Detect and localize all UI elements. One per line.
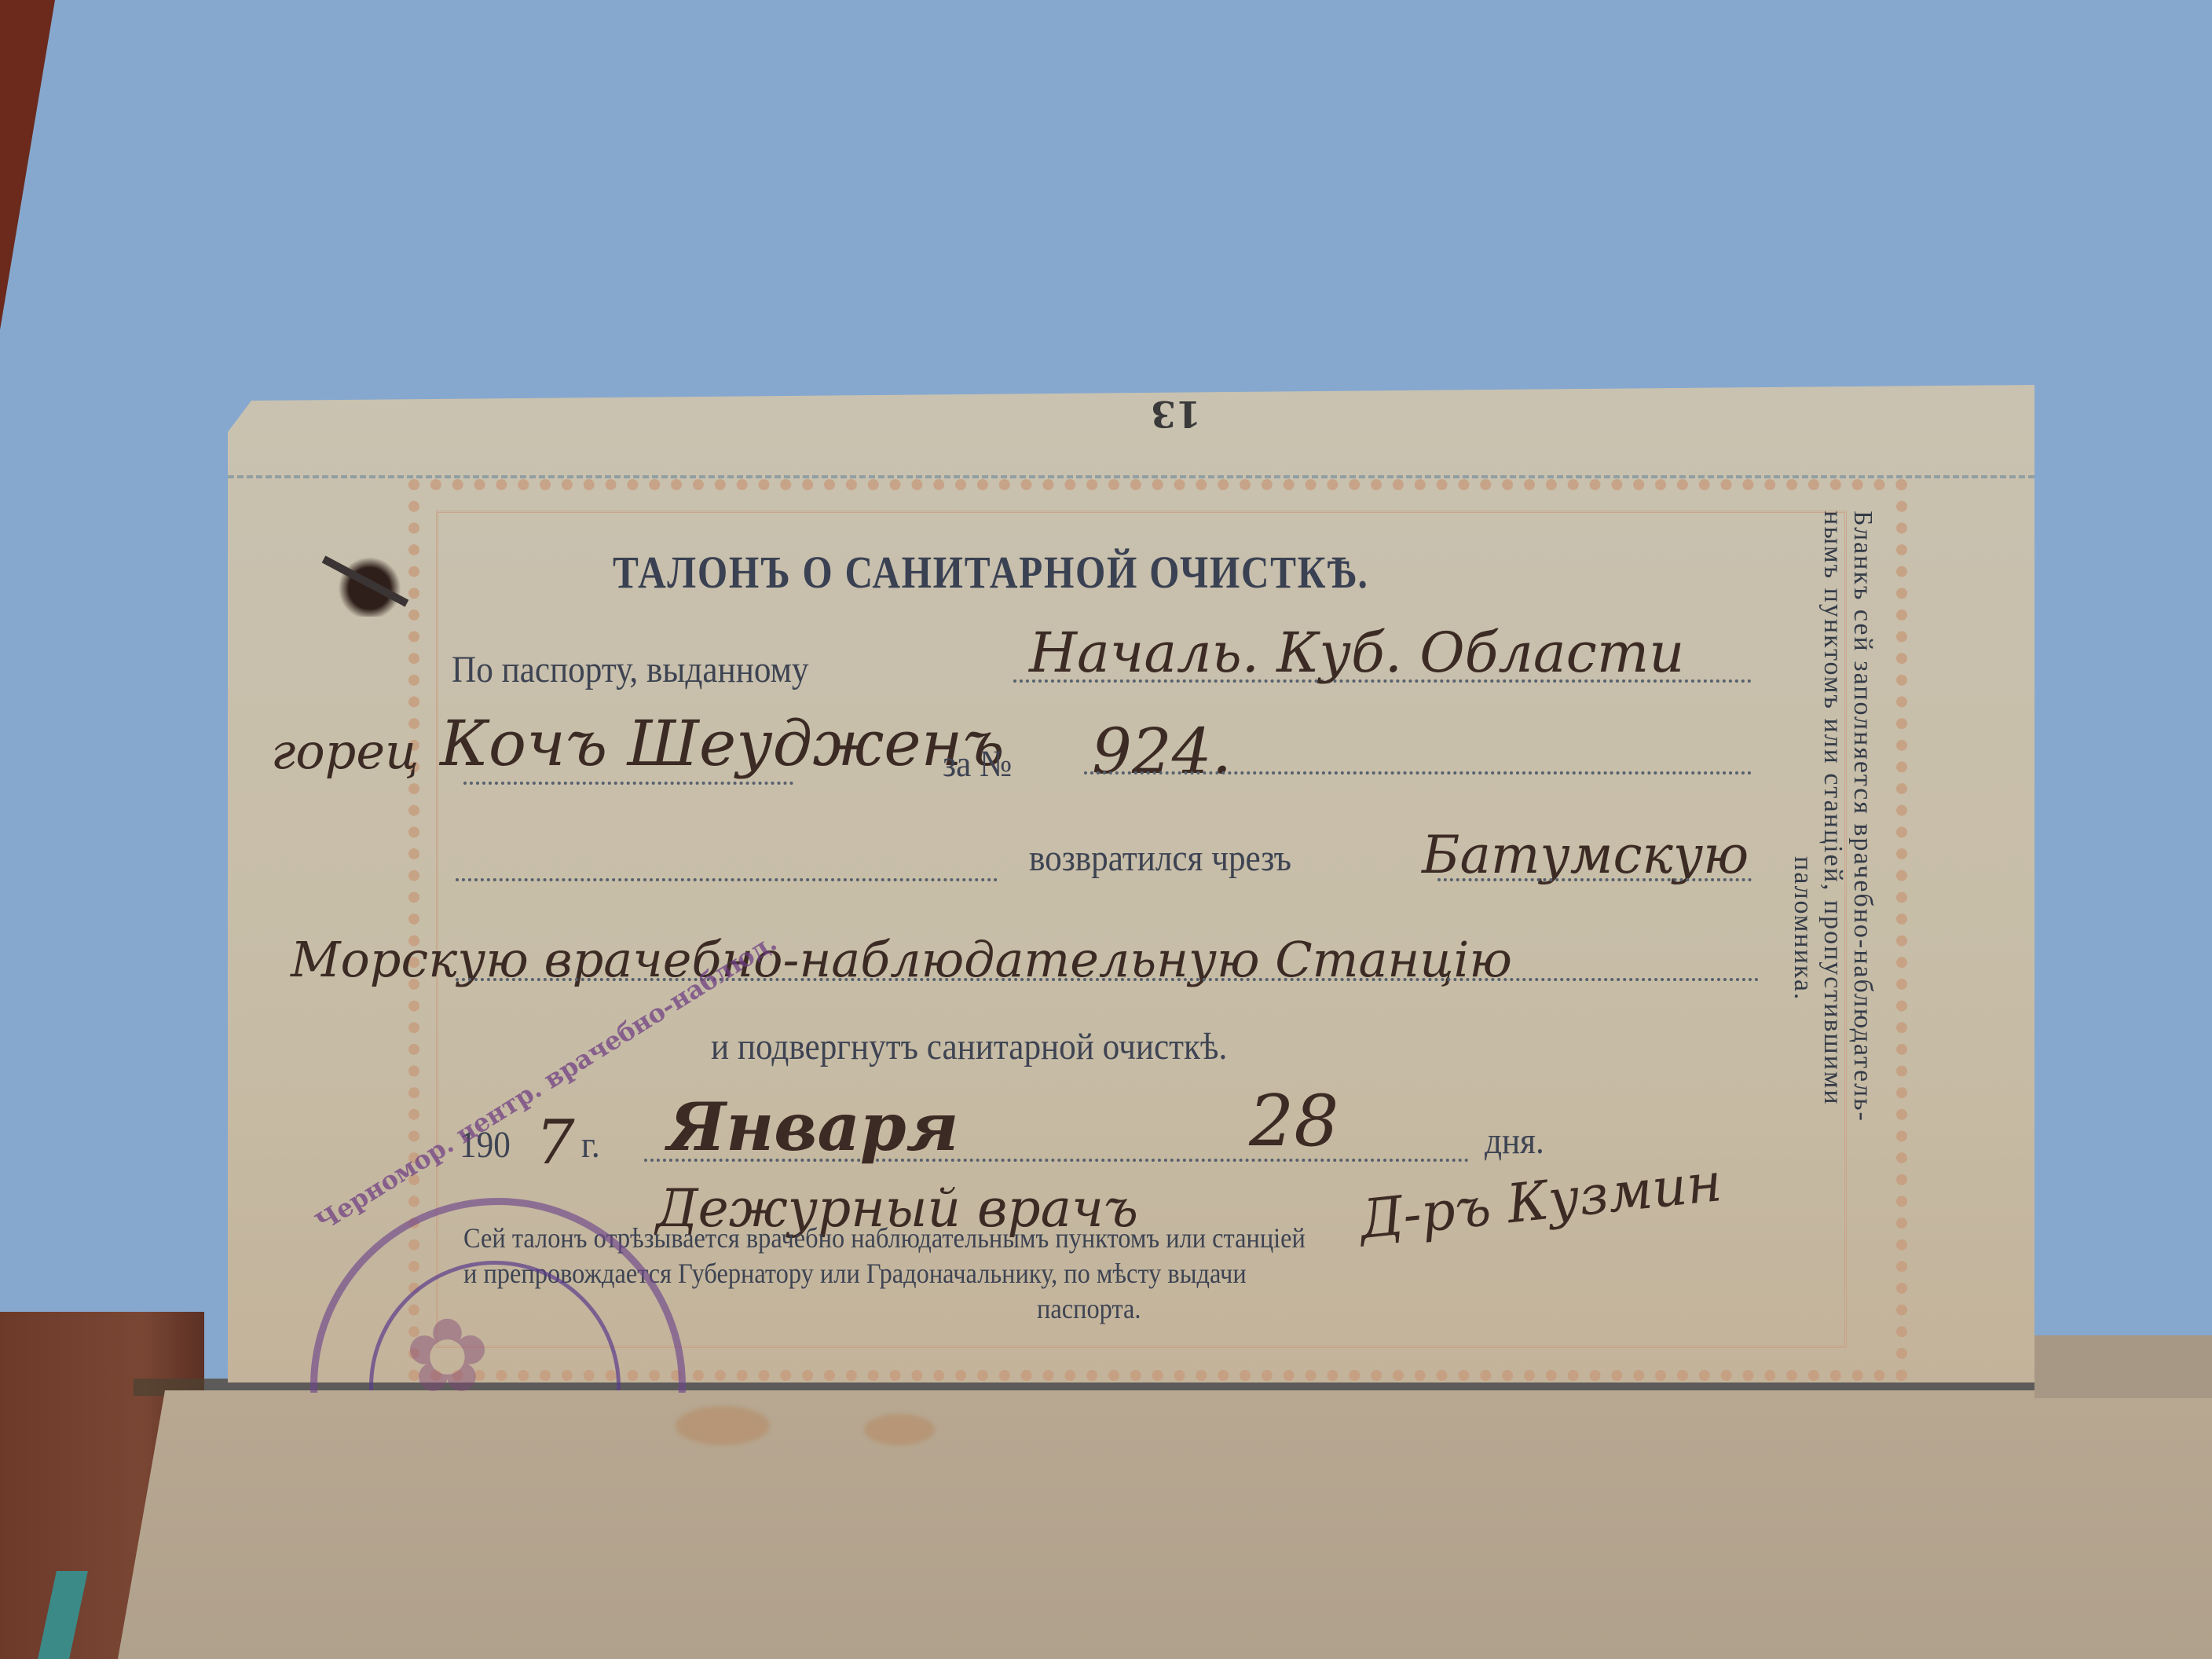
passport-issuer-handwritten: Началь. Куб. Области: [1029, 621, 1684, 685]
double-headed-eagle-icon: ✿: [405, 1296, 490, 1415]
page-number: 13: [1151, 393, 1201, 435]
passport-label: По паспорту, выданному: [452, 648, 809, 691]
holder-suffix: за №: [943, 742, 1012, 786]
year-suffix: г.: [581, 1123, 600, 1166]
stain: [676, 1406, 770, 1445]
book-page: [118, 1390, 2212, 1659]
returned-via-dots: [1437, 878, 1752, 881]
spine-strip: [2034, 1335, 2212, 1398]
day-label: дня.: [1485, 1119, 1544, 1163]
side-note-line1: Бланкъ сей заполняется врачебно-наблюдат…: [1848, 511, 1877, 1122]
month-handwritten: Января: [668, 1088, 959, 1166]
document-title: ТАЛОНЪ О САНИТАРНОЙ ОЧИСТКѢ.: [613, 546, 1369, 599]
returned-via-dots-2: [456, 978, 1760, 981]
holder-name-dots: [463, 782, 793, 785]
side-note-line2: нымъ пунктомъ или станціей, пропустившим…: [1818, 511, 1848, 1106]
day-handwritten: 28: [1249, 1080, 1339, 1163]
number-handwritten: 924.: [1092, 715, 1232, 788]
stain: [864, 1414, 935, 1445]
number-dots: [1084, 771, 1752, 775]
returned-via-handwritten-1: Батумскую: [1422, 825, 1749, 885]
side-note-line3: паломника.: [1788, 856, 1818, 1001]
holder-name-handwritten: Кочъ Шеудженъ: [440, 707, 1005, 780]
wood-table-corner: [0, 0, 55, 330]
side-note: Бланкъ сей заполняется врачебно-наблюдат…: [1807, 511, 1877, 1328]
footer-note-line3: паспорта.: [1037, 1292, 1141, 1325]
perforation-line: [228, 475, 2034, 478]
returned-label: возвратился чрезъ: [1029, 837, 1291, 880]
year-handwritten-digit: 7: [536, 1108, 575, 1178]
sanitized-label: и подвергнутъ санитарной очисткѣ.: [711, 1025, 1227, 1068]
returned-dots-left: [456, 878, 998, 881]
holder-prefix-handwritten: горец: [271, 723, 419, 780]
